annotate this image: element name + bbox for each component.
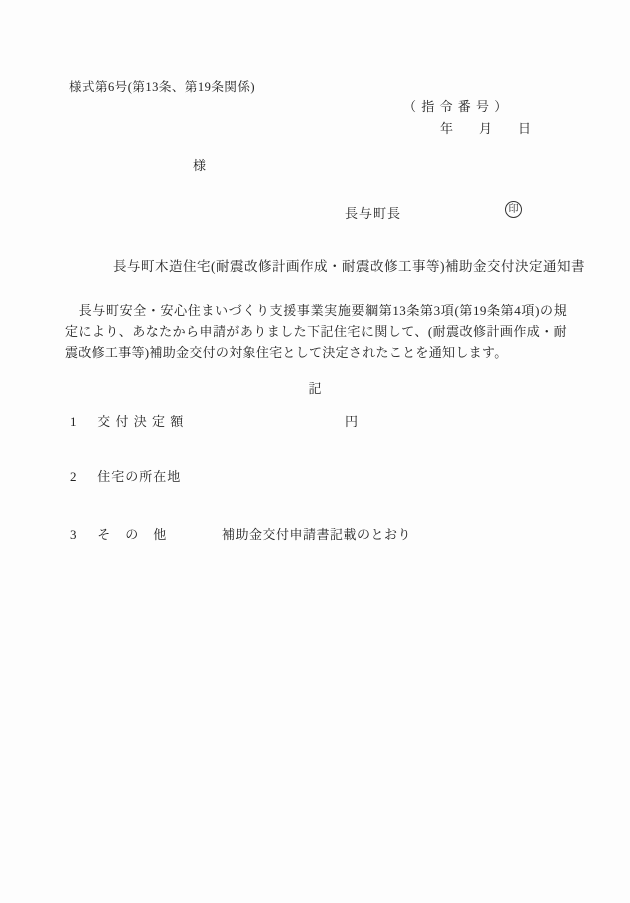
sender-title: 長与町長 bbox=[345, 206, 401, 221]
document-title: 長与町木造住宅(耐震改修計画作成・耐震改修工事等)補助金交付決定通知書 bbox=[113, 255, 585, 275]
list-item-other: 3 そ の 他 補助金交付申請書記載のとおり bbox=[70, 524, 570, 544]
notification-body-paragraph: 長与町安全・安心住まいづくり支援事業実施要綱第13条第3項(第19条第4項)の規… bbox=[65, 300, 567, 363]
item-label: 住宅の所在地 bbox=[97, 469, 181, 484]
date-line: 年 月 日 bbox=[440, 118, 531, 137]
item-label: そ の 他 bbox=[97, 527, 167, 542]
item-number: 1 bbox=[70, 414, 94, 430]
list-item-house-location: 2 住宅の所在地 bbox=[70, 466, 570, 486]
item-label: 交 付 決 定 額 bbox=[97, 414, 184, 429]
item-number: 2 bbox=[70, 469, 94, 485]
addressee-honorific: 様 bbox=[193, 155, 206, 174]
document-page: 様式第6号(第13条、第19条関係) （ 指 令 番 号 ） 年 月 日 様 長… bbox=[0, 0, 630, 903]
seal-stamp-icon: 印 bbox=[505, 201, 522, 218]
list-item-grant-amount: 1 交 付 決 定 額 円 bbox=[70, 411, 570, 431]
item-number: 3 bbox=[70, 527, 94, 543]
item-value-as-stated-note: 補助金交付申請書記載のとおり bbox=[222, 524, 411, 543]
record-marker: 記 bbox=[0, 378, 630, 397]
directive-number-line: （ 指 令 番 号 ） bbox=[403, 96, 508, 115]
sender-row: 長与町長 印 bbox=[345, 203, 545, 222]
form-number: 様式第6号(第13条、第19条関係) bbox=[69, 77, 255, 95]
item-value-currency-unit: 円 bbox=[345, 411, 358, 430]
